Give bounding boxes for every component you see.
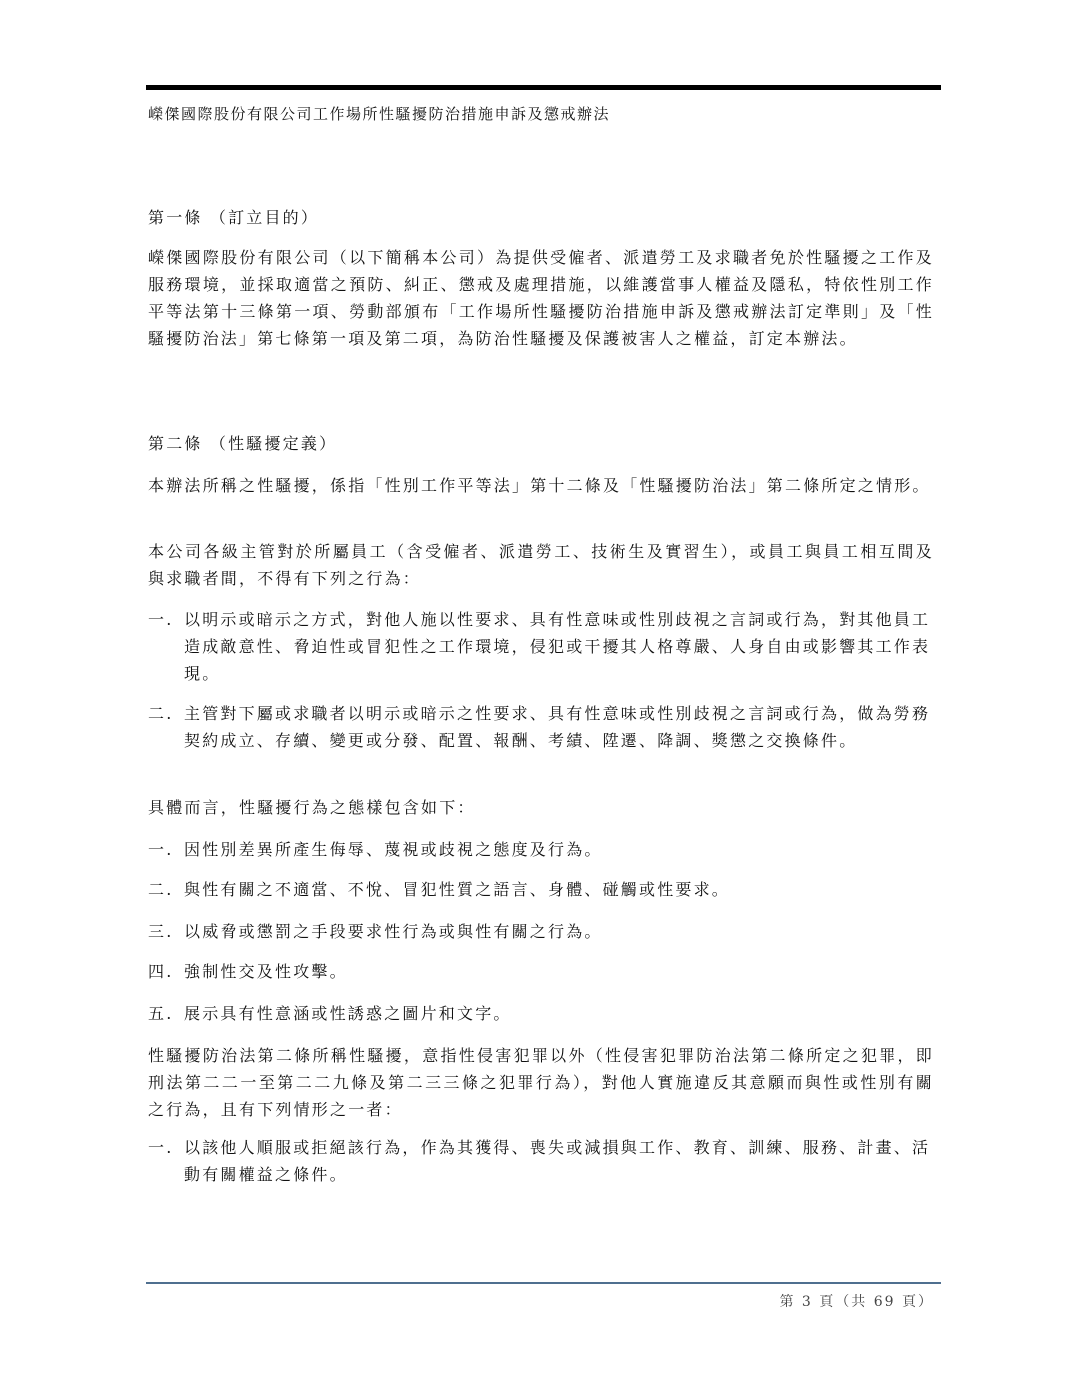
article-2-para-1: 本辦法所稱之性騷擾，係指「性別工作平等法」第十二條及「性騷擾防治法」第二條所定之… [148,472,934,499]
list-text: 以威脅或懲罰之手段要求性行為或與性有關之行為。 [184,922,603,941]
list-text: 強制性交及性攻擊。 [184,962,348,981]
list-item: 五. 展示具有性意涵或性誘惑之圖片和文字。 [148,1000,934,1027]
list-text: 與性有關之不適當、不悅、冒犯性質之語言、身體、碰觸或性要求。 [184,880,730,899]
list-number: 五. [148,1000,184,1027]
list-item: 二. 主管對下屬或求職者以明示或暗示之性要求、具有性意味或性別歧視之言詞或行為，… [148,700,934,754]
footer-rule [146,1282,941,1284]
list-item: 一. 以明示或暗示之方式，對他人施以性要求、具有性意味或性別歧視之言詞或行為，對… [148,606,934,687]
list-text: 以明示或暗示之方式，對他人施以性要求、具有性意味或性別歧視之言詞或行為，對其他員… [184,610,930,683]
article-2-para-4: 性騷擾防治法第二條所稱性騷擾，意指性侵害犯罪以外（性侵害犯罪防治法第二條所定之犯… [148,1042,934,1123]
list-number: 一. [148,1134,184,1161]
header-rule [146,85,941,90]
list-item: 一. 以該他人順服或拒絕該行為，作為其獲得、喪失或減損與工作、教育、訓練、服務、… [148,1134,934,1188]
list-number: 三. [148,918,184,945]
list-number: 二. [148,700,184,727]
list-text: 主管對下屬或求職者以明示或暗示之性要求、具有性意味或性別歧視之言詞或行為，做為勞… [184,704,930,750]
article-1-heading: 第一條 （訂立目的） [148,204,934,231]
page-number: 第 3 頁（共 69 頁） [779,1291,934,1311]
document-header-title: 嶸傑國際股份有限公司工作場所性騷擾防治措施申訴及懲戒辦法 [148,103,610,124]
list-item: 四. 強制性交及性攻擊。 [148,958,934,985]
list-number: 一. [148,836,184,863]
article-2-heading: 第二條 （性騷擾定義） [148,430,934,457]
article-2-para-2: 本公司各級主管對於所屬員工（含受僱者、派遣勞工、技術生及實習生），或員工與員工相… [148,538,934,592]
article-1-body: 嶸傑國際股份有限公司（以下簡稱本公司）為提供受僱者、派遣勞工及求職者免於性騷擾之… [148,244,934,352]
list-item: 一. 因性別差異所產生侮辱、蔑視或歧視之態度及行為。 [148,836,934,863]
list-text: 以該他人順服或拒絕該行為，作為其獲得、喪失或減損與工作、教育、訓練、服務、計畫、… [184,1138,930,1184]
list-number: 二. [148,876,184,903]
list-number: 一. [148,606,184,633]
list-text: 因性別差異所產生侮辱、蔑視或歧視之態度及行為。 [184,840,603,859]
article-2-para-3: 具體而言，性騷擾行為之態樣包含如下： [148,794,934,821]
list-item: 二. 與性有關之不適當、不悅、冒犯性質之語言、身體、碰觸或性要求。 [148,876,934,903]
list-number: 四. [148,958,184,985]
list-text: 展示具有性意涵或性誘惑之圖片和文字。 [184,1004,512,1023]
list-item: 三. 以威脅或懲罰之手段要求性行為或與性有關之行為。 [148,918,934,945]
